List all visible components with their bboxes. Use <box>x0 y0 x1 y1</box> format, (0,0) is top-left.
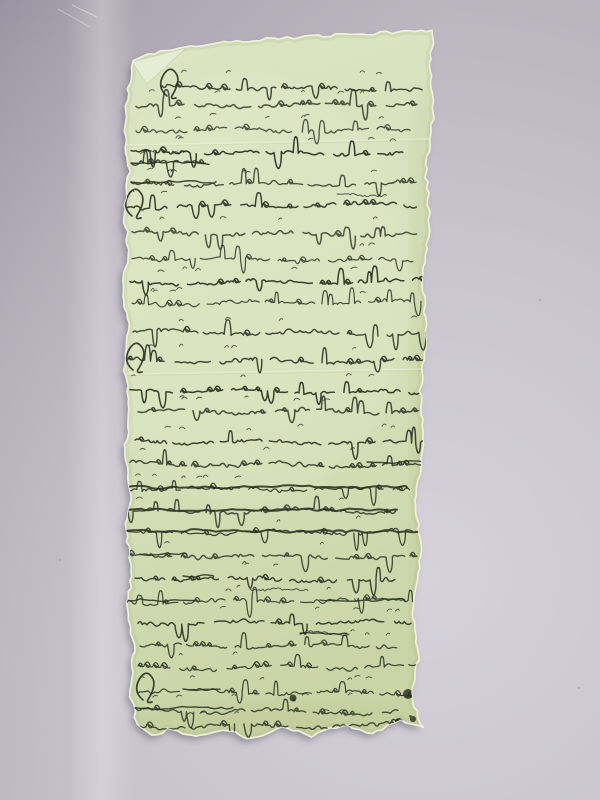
dust-speck <box>578 687 580 689</box>
ink-blot <box>409 715 412 718</box>
dust-speck <box>59 559 61 561</box>
manuscript-photo <box>0 0 600 800</box>
surface-scratch <box>72 5 97 17</box>
dust-speck <box>539 299 541 301</box>
paper-highlight <box>80 75 410 505</box>
ink-blot <box>293 698 296 701</box>
photo-background <box>0 0 600 800</box>
